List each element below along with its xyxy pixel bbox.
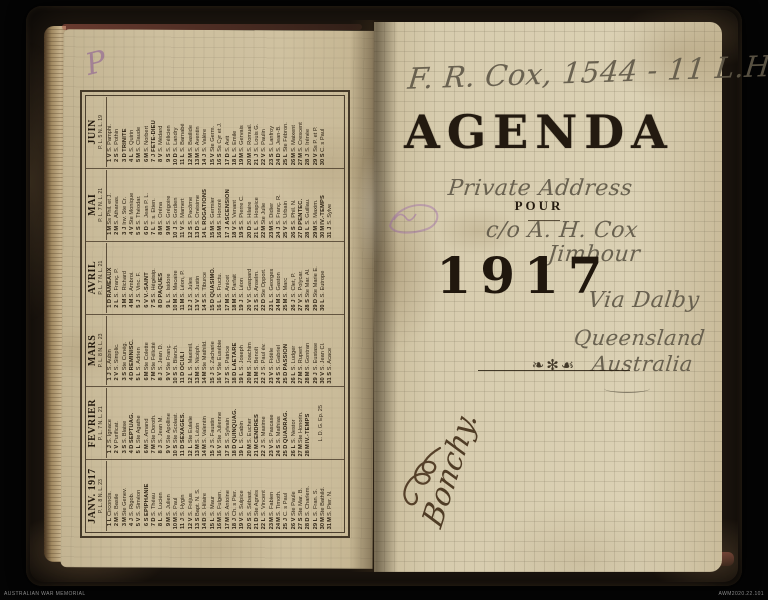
calendar-day: 1VS. Pamphi. [107,97,114,167]
calendar-day: 5JS. Vinc. F. [136,243,143,313]
ink-flourish [396,438,456,528]
calendar-day: 16SSs Cyr et J. [217,97,224,167]
pour-label: POUR [374,198,704,214]
calendar-day: 25LSte Fébron. [283,97,290,167]
moon-phases-line: P. L. 7 N. L. 21 [98,170,105,240]
calendar-day: 25DQUADRAG. [283,388,290,458]
calendar-day: 16VSte Julienne [217,388,224,458]
month-name: FEVRIER [87,388,98,458]
calendar-day: 10JS. Gordien [173,170,180,240]
calendar-day: 4VSte Monique [129,170,136,240]
calendar-day: 1DRAMEAUX [107,243,114,313]
calendar-rotated: JANV. 1917P. L. 8 N. L. 231LCirconcis.2M… [80,90,350,538]
calendar-day: 21MS. Benoît [254,316,261,386]
calendar-day: 17DS. Avit [225,97,232,167]
calendar-day: 27MS. Rupert [298,316,305,386]
calendar-day: 14MS. Valentin [202,388,209,458]
calendar-day: 2LS. Franç. P. [114,243,121,313]
handwritten-state: Queensland [573,326,707,350]
calendar-day: 1JS. Aubin [107,316,114,386]
calendar-day: 21DSte Agnès [254,461,261,531]
month-days: 1LCirconcis.2MS. Basile3MSte Genev.4JS. … [107,461,335,531]
archive-id: AWM2020.22.101 [719,591,764,597]
calendar-day: 23SS. Lanfroy [269,97,276,167]
calendar-day: 3MS. Richard [122,243,129,313]
calendar-day: 15JS. Faustin [210,388,217,458]
month-header: FEVRIERP. L. 7 N. L. 21 [87,388,107,458]
calendar-day: 17MS. Antoine [225,461,232,531]
moon-phases-line: P. L. 5 N. L. 19 [98,97,105,167]
month-name: AVRIL [87,243,98,313]
calendar-day: 6DS. Jean P. L. [144,170,151,240]
calendar-day: 20MS. Joachim [247,316,254,386]
calendar-day: 29LS. Fran. S. [313,461,320,531]
calendar-day: 16MS. Honoré [217,170,224,240]
calendar-day: 23VS. Fidèle [269,316,276,386]
calendar-day: 7SS. Hégésip. [151,243,158,313]
month-column: FEVRIERP. L. 7 N. L. 211JS. Ignace2VPuri… [86,387,344,460]
month-header: AVRILP. L. 7 N. L. 21 [87,243,107,313]
calendar-day: 4JS. Rigob. [129,461,136,531]
calendar-day: 11VS. Mamert [180,170,187,240]
moon-phases-line: P. L. 7 N. L. 21 [98,243,105,313]
underline-squiggle [604,384,650,393]
calendar-day: 18MS. Parfait [232,243,239,313]
calendar-day: 27DPENTEC. [298,170,305,240]
month-footer: L. D. G. Ep. 25 [318,388,324,458]
calendar-day: 23LS. Georges [269,243,276,313]
calendar-day: 12LSte Eulalie [188,388,195,458]
month-column: JUINP. L. 5 N. L. 191VS. Pamphi.2SS. Pot… [86,96,344,169]
calendar-day: 22VS. Paulin [261,97,268,167]
calendar-day: 8VS. Médard [158,97,165,167]
calendar-table: JANV. 1917P. L. 8 N. L. 231LCirconcis.2M… [85,95,345,533]
calendar-day: 30LS. Eutrope [320,243,327,313]
calendar-day: 18LS. Emile [232,97,239,167]
printed-divider-ornament: ❧✻☙ [478,356,630,374]
calendar-day: 4MS. Ambroi. [129,243,136,313]
calendar-day: 3SS. Blaise [122,388,129,458]
month-column: MAIP. L. 7 N. L. 211MSs Phil. et J.2MS. … [86,169,344,242]
calendar-day: 21SS. Anselm. [254,243,261,313]
calendar-day: 18VS. Venant [232,170,239,240]
calendar-day: 22JS. Paul év. [261,316,268,386]
calendar-day: 25VS. Urbain [283,170,290,240]
calendar-day: 9LS. Isidore [166,243,173,313]
calendar-day: 13VS. Justin [195,243,202,313]
calendar-day: 24SS. Mathias [276,388,283,458]
calendar-day: 12JS. Jules [188,243,195,313]
calendar-day: 12MS. Basilide [188,97,195,167]
moon-phases-line: P. L. 8 N. L. 23 [98,461,105,531]
calendar-day: 11JS. Hygin [180,461,187,531]
calendar-day: 9SS. Félicien [166,97,173,167]
calendar-day: 3MSte Genev. [122,461,129,531]
calendar-day: 7LT. s. Etien. [151,170,158,240]
calendar-day: 18JCh. s Pier. [232,461,239,531]
calendar-day: 17JASCENSION [225,170,232,240]
calendar-day: 29DSte Marie E. [313,243,320,313]
calendar-day: 31SS. Acace [327,316,334,386]
handwritten-via: Via Dalby [587,288,701,313]
calendar-day: 20DS. Hilaire [247,170,254,240]
calendar-day: 7JFÊTE-DIEU [151,97,158,167]
calendar-day: 22DSte Opport. [261,243,268,313]
calendar-day: 19LS. Joseph [239,316,246,386]
calendar-day: 2MS. Athanas. [114,170,121,240]
month-name: MAI [87,170,98,240]
calendar-day: 6SEPIPHANIE [144,461,151,531]
calendar-day: 10MS. Macaire [173,243,180,313]
calendar-day: 30MSte Bathild. [320,461,327,531]
calendar-day: 12LS. Maximil. [188,316,195,386]
calendar-day: 10SS. Blanch. [173,316,180,386]
archival-photo: P JANV. 1917P. L. 8 N. L. 231LCirconcis.… [0,0,768,600]
calendar-day: 29MS. Maxim. [313,170,320,240]
calendar-day: 27VS. Polycar. [298,243,305,313]
calendar-day: 13MS. Nicéph. [195,316,202,386]
calendar-day: 6MS. Amand [144,388,151,458]
calendar-day: 26VSte Paule [291,461,298,531]
calendar-day: 5SS. Théodar. [136,170,143,240]
calendar-day: 7DS. Théau [151,461,158,531]
month-days: 1VS. Pamphi.2SS. Pothin3DTRINITÉ4LS. Qui… [107,97,327,167]
calendar-day: 12SS. Pacôme [188,170,195,240]
calendar-day: 6MSte Colette [144,316,151,386]
calendar-day: 1MSs Phil. et J. [107,170,114,240]
calendar-day: 23VS. Pascase [269,388,276,458]
calendar-day: 16LS. Fructu. [217,243,224,313]
calendar-day: 17MS. Anicet [225,243,232,313]
month-name: JUIN [87,97,98,167]
calendar-day: 17SS. Sylvain [225,388,232,458]
calendar-day: 11MS. Léon, P. [180,243,187,313]
calendar-day: 27SSte Mar. B. [298,461,305,531]
calendar-day: 5LS. Adrien [136,316,143,386]
calendar-day: 13SBapt. N. S. [195,461,202,531]
calendar-day: 25DPASSION [283,316,290,386]
calendar-day: 11DSEXAGES. [180,388,187,458]
month-column: JANV. 1917P. L. 8 N. L. 231LCirconcis.2M… [86,460,344,532]
calendar-day: 8JS. Jean D. [158,316,165,386]
month-header: MARSP. L. 8 N. L. 23 [87,316,107,386]
calendar-day: 5MS. Claude [136,97,143,167]
calendar-day: 21MCENDRES [254,388,261,458]
month-days: 1JS. Aubin2VS. Simplic.3SSte Cunég.4DREM… [107,316,335,386]
calendar-day: 18DLAETARE [232,316,239,386]
calendar-day: 19SS. Pierre C. [239,170,246,240]
calendar-day: 11DOCULI [180,316,187,386]
month-days: 1JS. Ignace2VPurificat.3SS. Blaise4DSEPT… [107,388,313,458]
calendar-day: 20SS. Sébast. [247,461,254,531]
calendar-day: 9VSte Franç. [166,316,173,386]
calendar-day: 7MSte Félicité [151,316,158,386]
month-header: JANV. 1917P. L. 8 N. L. 23 [87,461,107,531]
calendar-day: 21LS. Hospice [254,170,261,240]
calendar-day: 10SSte Scolast. [173,388,180,458]
handwritten-co-line: c/o A. H. Cox [485,218,640,243]
month-name: MARS [87,316,98,386]
calendar-day: 19LS. Gabin [239,388,246,458]
calendar-day: 25MS. Marc [283,243,290,313]
calendar-day: 24MS. Timoth. [276,461,283,531]
calendar-day: 8LS. Lucien [158,461,165,531]
calendar-day: 30MIV.-TEMPS [320,170,327,240]
calendar-day: 15JS. Zacharie [210,316,217,386]
calendar-day: 6MS. Norbert [144,97,151,167]
calendar-day: 14MSte Mathild. [202,316,209,386]
calendar-day: 9VSte Apolline [166,388,173,458]
calendar-day: 8MS. Oréna [158,170,165,240]
calendar-day: 29VSs P. et P. [313,97,320,167]
calendar-day: 1JS. Ignace [107,388,114,458]
calendar-day: 14JS. Valère [202,97,209,167]
month-name: JANV. 1917 [87,461,98,531]
calendar-day: 14DS. Hilaire [202,461,209,531]
calendar-day: 23MS. Didier [269,170,276,240]
calendar-day: 13MS. Lézin [195,388,202,458]
calendar-day: 2VPurificat. [114,388,121,458]
calendar-day: 10MS. Paul [173,461,180,531]
calendar-day: 28DS. Charlem. [305,461,312,531]
calendar-day: 31JS. Sylve [327,170,334,240]
calendar-day: 27MS. Crescent [298,97,305,167]
diagonal-note-group: Bonchy. [404,398,604,578]
calendar-day: 24JS. Franç. R. [276,170,283,240]
calendar-day: 8DPAQUES [158,243,165,313]
calendar-day: 28MIV.-TEMPS [305,388,312,458]
calendar-day: 20MS. Eucher [247,388,254,458]
calendar-day: 16MS. Fulgen. [217,461,224,531]
calendar-day: 24SS. Gabriel [276,316,283,386]
calendar-frame: JANV. 1917P. L. 8 N. L. 231LCirconcis.2M… [80,90,350,538]
calendar-day: 15VSte Germ. [210,97,217,167]
calendar-day: 17SS. Patrice [225,316,232,386]
calendar-day: 26LS. Nestor [291,388,298,458]
calendar-day: 26MS. Maixent [291,97,298,167]
calendar-day: 15DQUASIMO. [210,243,217,313]
calendar-day: 28MS. Gontran [305,316,312,386]
calendar-day: 11LS. Barnabé [180,97,187,167]
calendar-day: 7MSte Doroth. [151,388,158,458]
calendar-day: 28JS. Irénée [305,97,312,167]
calendar-day: 13MS. Aventin [195,97,202,167]
calendar-day: 30VS. Jean Cl. [320,316,327,386]
calendar-day: 23MS. Fabien [269,461,276,531]
calendar-day: 22LS. Vincent [261,461,268,531]
calendar-day: 6VV.-SAINT [144,243,151,313]
calendar-day: 5VS. Siméon [136,461,143,531]
calendar-day: 14LROGATIONS [202,170,209,240]
moon-phases-line: P. L. 7 N. L. 21 [98,388,105,458]
calendar-day: 26LS. Ludger [291,316,298,386]
calendar-day: 2SS. Pothin [114,97,121,167]
month-header: MAIP. L. 7 N. L. 21 [87,170,107,240]
calendar-day: 4DREMINISC. [129,316,136,386]
calendar-day: 16VSte Eusébie [217,316,224,386]
calendar-day: 9MS. Julien [166,461,173,531]
calendar-day: 1LCirconcis. [107,461,114,531]
calendar-day: 10DS. Landry [173,97,180,167]
month-header: JUINP. L. 5 N. L. 19 [87,97,107,167]
calendar-day: 19MS. Gervais [239,97,246,167]
calendar-day: 29JS. Eustase [313,316,320,386]
calendar-day: 26JS. Clet, P. [291,243,298,313]
calendar-day: 12VS. Fréjus [188,461,195,531]
calendar-day: 24DS. Jean-B. [276,97,283,167]
calendar-day: 20MS. Romual. [247,97,254,167]
month-days: 1DRAMEAUX2LS. Franç. P.3MS. Richard4MS. … [107,243,327,313]
archive-label: AUSTRALIAN WAR MEMORIAL [4,591,86,597]
month-column: AVRILP. L. 7 N. L. 211DRAMEAUX2LS. Franç… [86,242,344,315]
moon-phases-line: P. L. 8 N. L. 23 [98,316,105,386]
calendar-day: 15LS. Maur [210,461,217,531]
calendar-day: 4LS. Quirin [129,97,136,167]
month-days: 1MSs Phil. et J.2MS. Athanas.3JInv. Ste … [107,170,335,240]
calendar-day: 19VS. Sulpice [239,461,246,531]
calendar-day: 5LSte Agathe [136,388,143,458]
calendar-day: 14SS. Tiburce [202,243,209,313]
calendar-day: 2MS. Basile [114,461,121,531]
calendar-day: 18DQUINQUAG. [232,388,239,458]
calendar-day: 3SSte Cunég. [122,316,129,386]
calendar-day: 13DS. Onésime [195,170,202,240]
calendar-day: 3JInv. Ste Cr. [122,170,129,240]
calendar-day: 31MS. Pier. N. [327,461,334,531]
calendar-day: 20VS. Gaspard [247,243,254,313]
calendar-day: 27MSte Honorin. [298,388,305,458]
month-column: MARSP. L. 8 N. L. 231JS. Aubin2VS. Simpl… [86,315,344,388]
calendar-day: 3DTRINITÉ [122,97,129,167]
calendar-day: 28LS. Guillau. [305,170,312,240]
calendar-day: 15MS. Germier [210,170,217,240]
calendar-day: 21JS. Louis G. [254,97,261,167]
calendar-day: 22MSte Julie [261,170,268,240]
calendar-day: 8JS. Jean M. [158,388,165,458]
calendar-day: 30SC. s Paul [320,97,327,167]
agenda-title: AGENDA [374,104,704,160]
calendar-day: 26SS. Phil. N. [291,170,298,240]
calendar-day: 25JC. s Paul [283,461,290,531]
calendar-day: 4DSEPTUAG. [129,388,136,458]
calendar-day: 24MS. Gaston [276,243,283,313]
calendar-day: 2VS. Simplic. [114,316,121,386]
calendar-day: 22JS. Maxime [261,388,268,458]
calendar-day: 9MS. Grégoire [166,170,173,240]
calendar-day: 19JS. Léon [239,243,246,313]
calendar-day: 28SSte Mar. Al. [305,243,312,313]
